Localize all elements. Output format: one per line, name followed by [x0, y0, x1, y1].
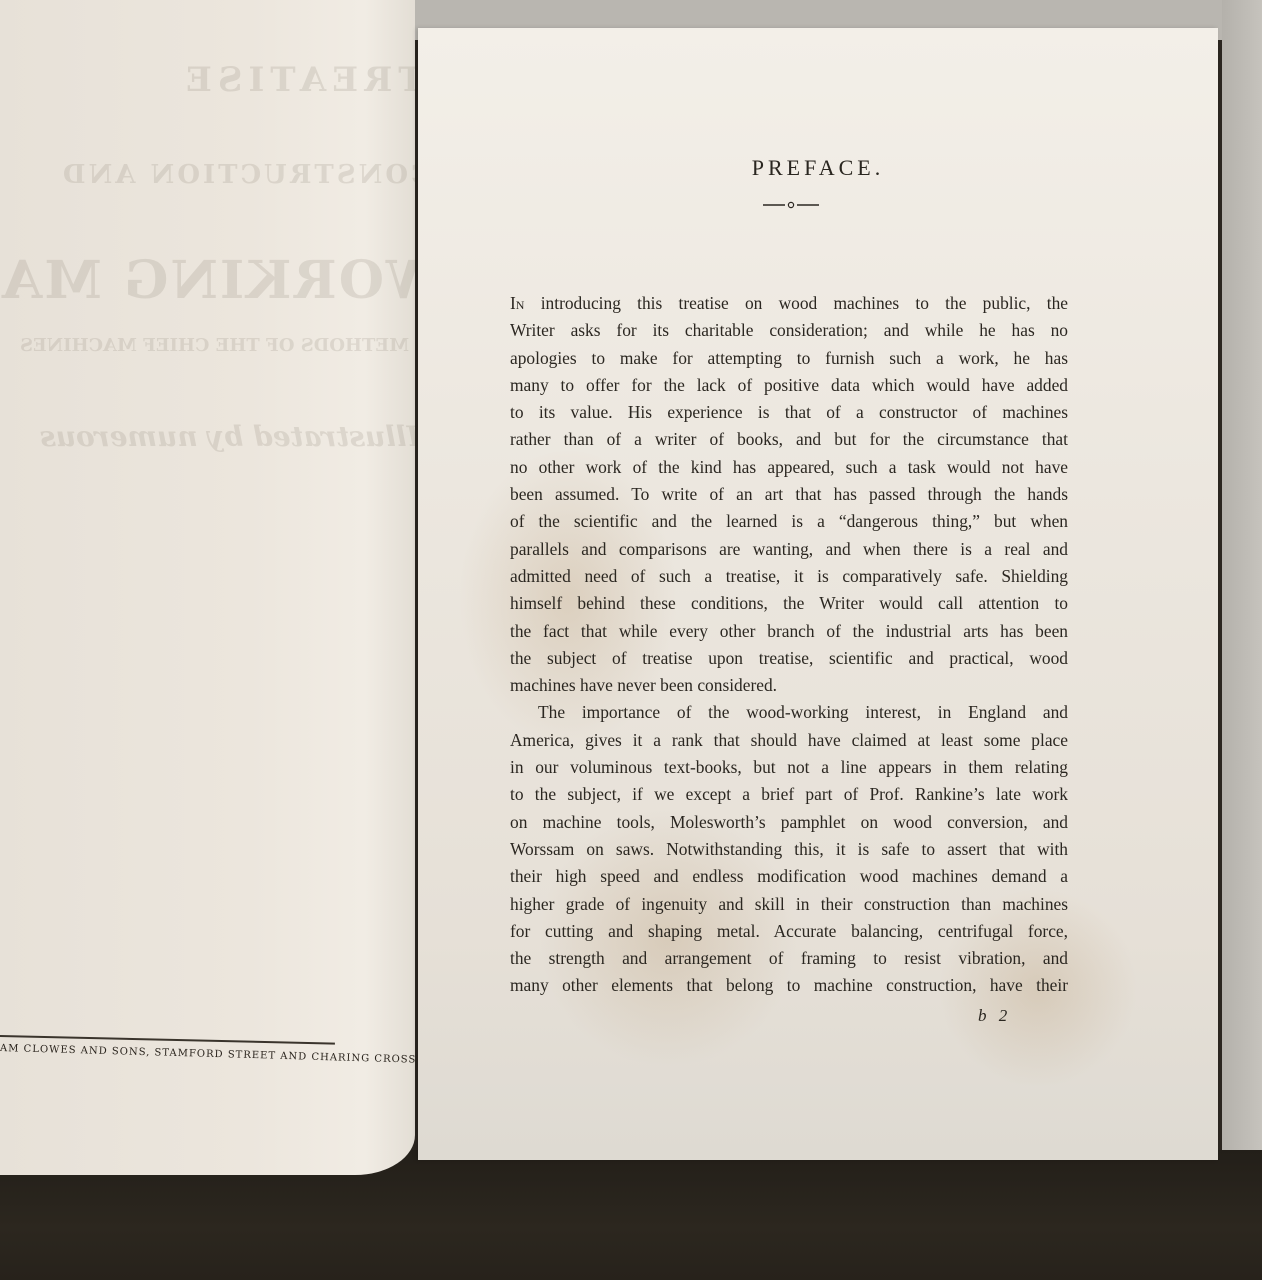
- ghost-title-line: METHODS OF THE CHIEF MACHINES: [20, 335, 409, 356]
- text-line: In introducing this treatise on wood mac…: [510, 290, 1068, 317]
- ornament-divider-icon: [763, 201, 819, 209]
- text-line: many other elements that belong to machi…: [510, 972, 1068, 999]
- text-line: himself behind these conditions, the Wri…: [510, 590, 1068, 617]
- preface-body: In introducing this treatise on wood mac…: [510, 290, 1068, 1000]
- text-line: the subject of treatise upon treatise, s…: [510, 645, 1068, 672]
- ghost-title-line: A TREATISE: [180, 60, 415, 100]
- text-line: no other work of the kind has appeared, …: [510, 454, 1068, 481]
- ghost-title-line: Illustrated by numerous: [40, 420, 415, 453]
- text-line: the fact that while every other branch o…: [510, 618, 1068, 645]
- text-line: America, gives it a rank that should hav…: [510, 727, 1068, 754]
- text-line: Writer asks for its charitable considera…: [510, 317, 1068, 344]
- dropcap: In: [510, 293, 524, 313]
- text-line: their high speed and endless modificatio…: [510, 863, 1068, 890]
- ghost-title-line: THE CONSTRUCTION AND: [60, 160, 415, 190]
- imprint-rule: [0, 1035, 335, 1045]
- text-line: apologies to make for attempting to furn…: [510, 345, 1068, 372]
- text-line: admitted need of such a treatise, it is …: [510, 563, 1068, 590]
- text-line: machines have never been considered.: [510, 672, 1068, 699]
- text-line: in our voluminous text-books, but not a …: [510, 754, 1068, 781]
- text-line: Worssam on saws. Notwithstanding this, i…: [510, 836, 1068, 863]
- text-line: to the subject, if we except a brief par…: [510, 781, 1068, 808]
- right-page: PREFACE. In introducing this treatise on…: [418, 28, 1218, 1160]
- text-line: higher grade of ingenuity and skill in t…: [510, 891, 1068, 918]
- text-line: for cutting and shaping metal. Accurate …: [510, 918, 1068, 945]
- page-title: PREFACE.: [418, 155, 1218, 181]
- text-line: rather than of a writer of books, and bu…: [510, 426, 1068, 453]
- printer-imprint: AM CLOWES AND SONS, STAMFORD STREET AND …: [0, 1043, 415, 1066]
- text-line: on machine tools, Molesworth’s pamphlet …: [510, 809, 1068, 836]
- text-line: The importance of the wood-working inter…: [510, 699, 1068, 726]
- text-line: the strength and arrangement of framing …: [510, 945, 1068, 972]
- text-line: to its value. His experience is that of …: [510, 399, 1068, 426]
- background-surface-right: [1222, 0, 1262, 1280]
- text-line: been assumed. To write of an art that ha…: [510, 481, 1068, 508]
- ghost-title-line: WOOD-WORKING MA: [0, 250, 415, 311]
- left-page: A TREATISE THE CONSTRUCTION AND WOOD-WOR…: [0, 0, 415, 1175]
- text-line: parallels and comparisons are wanting, a…: [510, 536, 1068, 563]
- text-line: many to offer for the lack of positive d…: [510, 372, 1068, 399]
- signature-mark: b 2: [978, 1006, 1011, 1026]
- text-line: of the scientific and the learned is a “…: [510, 508, 1068, 535]
